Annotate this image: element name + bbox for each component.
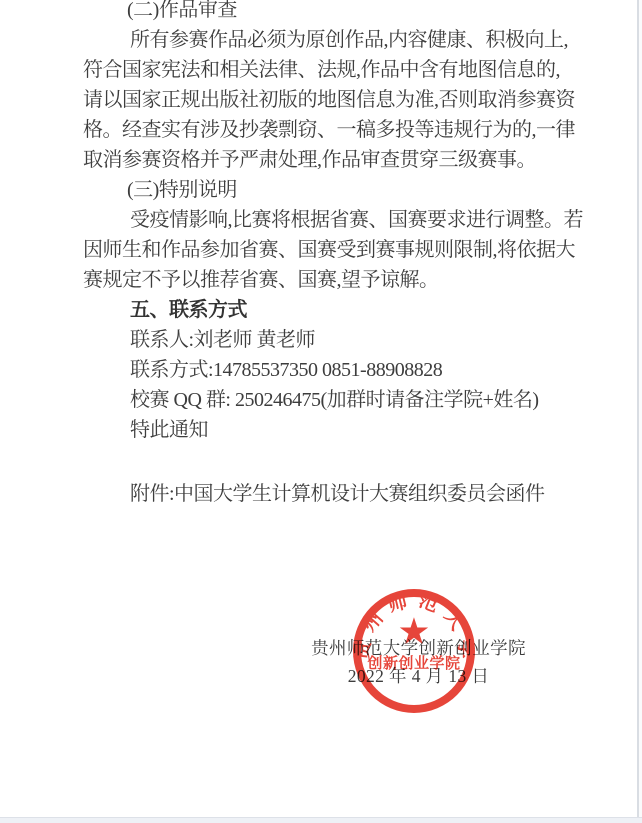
page-bottom-edge <box>0 817 642 823</box>
paragraph-line: 格。经查实有涉及抄袭剽窃、一稿多投等违规行为的,一律 <box>83 115 575 145</box>
star-icon: ★ <box>353 613 475 650</box>
paragraph-line: 受疫情影响,比赛将根据省赛、国赛要求进行调整。若 <box>83 205 575 235</box>
paragraph-line: 取消参赛资格并予严肃处理,作品审查贯穿三级赛事。 <box>83 145 575 175</box>
attachment-line: 附件:中国大学生计算机设计大赛组织委员会函件 <box>83 479 575 509</box>
contact-section-heading: 五、联系方式 <box>83 295 575 325</box>
section-heading-2: (二)作品审查 <box>83 0 575 25</box>
document-page: (二)作品审查 所有参赛作品必须为原创作品,内容健康、积极向上, 符合国家宪法和… <box>0 0 642 823</box>
paragraph-line: 所有参赛作品必须为原创作品,内容健康、积极向上, <box>83 25 575 55</box>
paragraph-line: 因师生和作品参加省赛、国赛受到赛事规则限制,将依据大 <box>83 235 575 265</box>
section-heading-3: (三)特别说明 <box>83 175 575 205</box>
official-seal: 贵州师范大学 ★ 创新创业学院 <box>353 589 475 713</box>
paragraph-line: 赛规定不予以推荐省赛、国赛,望予谅解。 <box>83 265 575 295</box>
paragraph-line: 请以国家正规出版社初版的地图信息为准,否则取消参赛资 <box>83 85 575 115</box>
contact-phone-line: 联系方式:14785537350 0851-88908828 <box>83 355 575 385</box>
notice-closing-line: 特此通知 <box>83 415 575 445</box>
paragraph-line: 符合国家宪法和相关法律、法规,作品中含有地图信息的, <box>83 55 575 85</box>
seal-banner-text: 创新创业学院 <box>353 656 475 672</box>
document-body: (二)作品审查 所有参赛作品必须为原创作品,内容健康、积极向上, 符合国家宪法和… <box>83 0 575 509</box>
contact-person-line: 联系人:刘老师 黄老师 <box>83 325 575 355</box>
qq-group-line: 校赛 QQ 群: 250246475(加群时请备注学院+姓名) <box>83 385 575 415</box>
